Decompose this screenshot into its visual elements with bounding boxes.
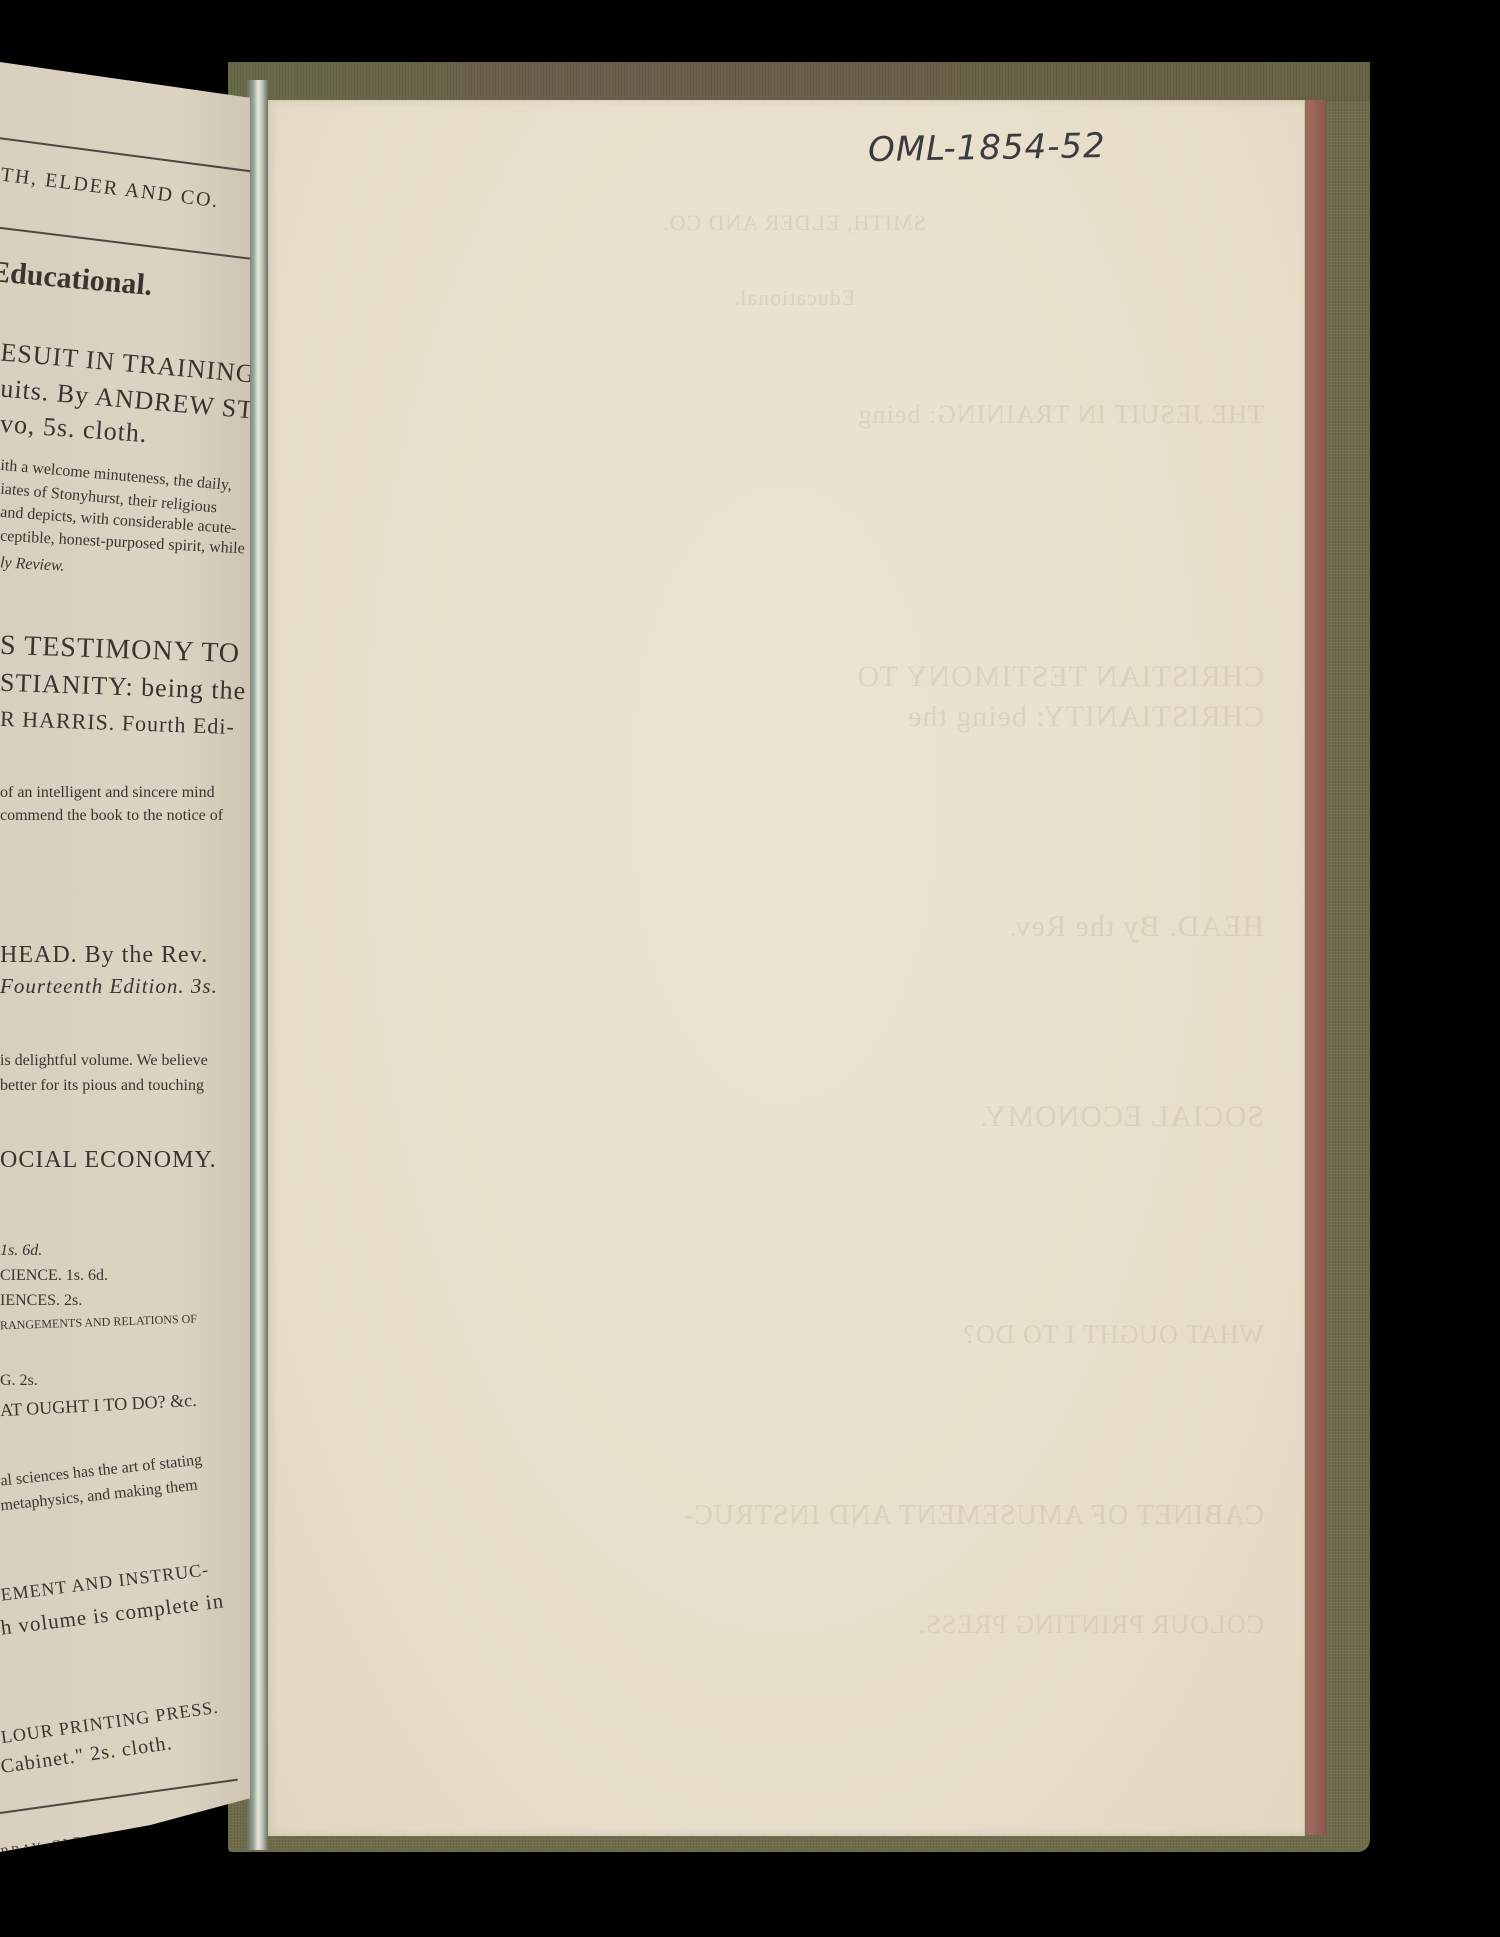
show-through-line: COLOUR PRINTING PRESS. (324, 1610, 1264, 1640)
header-rule-bottom (0, 222, 250, 261)
show-through-line: SMITH, ELDER AND CO. (324, 210, 1264, 236)
cover-top-edge (228, 62, 1370, 102)
left-page-advertisement: TH, ELDER AND CO. Educational. ESUIT IN … (0, 62, 250, 1852)
entry-title-line: vo, 5s. cloth. (0, 409, 148, 449)
review-source: ly Review. (0, 554, 65, 575)
review-line: better for its pious and touching (0, 1077, 204, 1095)
printer-footer: RRAY, OLD BAILEY. (0, 1823, 153, 1852)
show-through-line: THE JESUIT IN TRAINING: being (324, 400, 1264, 430)
list-line: 1s. 6d. (0, 1242, 42, 1260)
entry-title-line: OCIAL ECONOMY. (0, 1147, 217, 1174)
footer-rule (0, 1779, 238, 1814)
entry-title-line: HEAD. By the Rev. (0, 942, 208, 969)
list-line: G. 2s. (0, 1372, 38, 1390)
entry-title-line: R HARRIS. Fourth Edi- (0, 706, 235, 740)
show-through-line: CABINET OF AMUSEMENT AND INSTRUC- (324, 1500, 1264, 1532)
section-heading: Educational. (0, 255, 154, 303)
review-line: of an intelligent and sincere mind (0, 784, 215, 802)
show-through-line: HEAD. By the Rev. (324, 910, 1264, 944)
entry-title-line: S TESTIMONY TO (0, 630, 241, 670)
list-line: AT OUGHT I TO DO? &c. (0, 1390, 197, 1421)
publisher-header: TH, ELDER AND CO. (0, 164, 221, 214)
list-line: IENCES. 2s. (0, 1292, 82, 1310)
show-through-line: CHRISTIAN TESTIMONY TO (324, 660, 1264, 694)
header-rule-top (0, 132, 250, 173)
show-through-line: Educational. (324, 285, 1264, 311)
review-line: is delightful volume. We believe (0, 1052, 208, 1070)
handwritten-catalog-number: OML-1854-52 (868, 126, 1106, 170)
review-line: commend the book to the notice of (0, 807, 223, 825)
show-through-line: WHAT OUGHT I TO DO? (324, 1320, 1264, 1350)
show-through-line: CHRISTIANITY: being the (324, 700, 1264, 734)
entry-title-line: Fourteenth Edition. 3s. (0, 974, 218, 999)
show-through-line: SOCIAL ECONOMY. (324, 1100, 1264, 1134)
right-page-endpaper: SMITH, ELDER AND CO. Educational. THE JE… (264, 100, 1305, 1836)
list-line: CIENCE. 1s. 6d. (0, 1267, 108, 1285)
list-line: RANGEMENTS AND RELATIONS OF (0, 1312, 197, 1334)
entry-title-line: STIANITY: being the (0, 668, 247, 707)
